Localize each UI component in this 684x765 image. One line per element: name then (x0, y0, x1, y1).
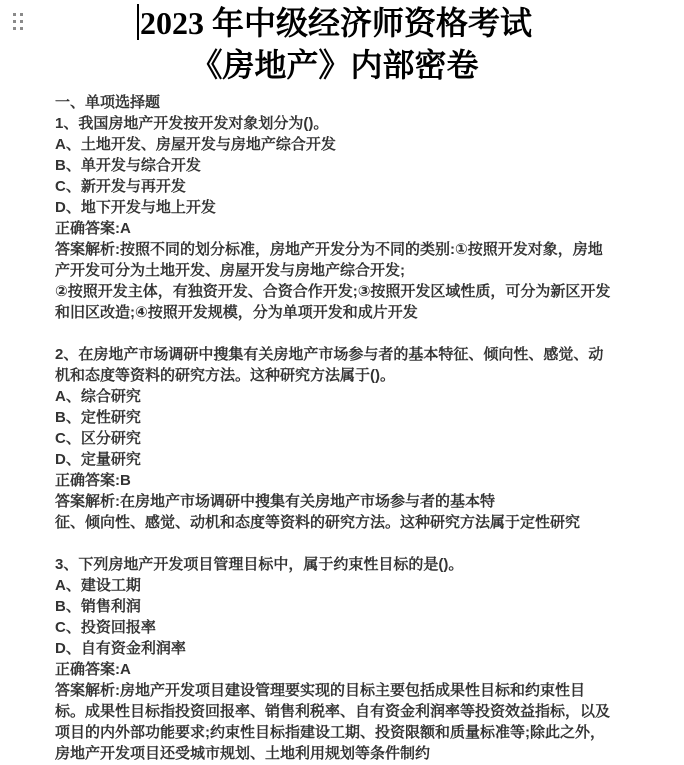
drag-handle-dot (20, 13, 23, 16)
question-3-option-b[interactable]: B、销售利润 (55, 596, 614, 617)
document-page: 2023 年中级经济师资格考试 《房地产》内部密卷 一、单项选择题 1、我国房地… (0, 0, 684, 765)
question-3-answer[interactable]: 正确答案:A (55, 659, 614, 680)
question-2-analysis[interactable]: 征、倾向性、感觉、动机和态度等资料的研究方法。这种研究方法属于定性研究 (55, 512, 614, 533)
question-2-option-a[interactable]: A、综合研究 (55, 386, 614, 407)
question-1-analysis[interactable]: 答案解析:按照不同的划分标准，房地产开发分为不同的类别:①按照开发对象，房地产开… (55, 239, 614, 281)
question-1-option-a[interactable]: A、土地开发、房屋开发与房地产综合开发 (55, 134, 614, 155)
question-2-option-c[interactable]: C、区分研究 (55, 428, 614, 449)
title-line-2: 《房地产》内部密卷 (55, 44, 614, 86)
question-1-analysis[interactable]: ②按照开发主体，有独资开发、合资合作开发;③按照开发区域性质，可分为新区开发和旧… (55, 281, 614, 323)
title-line-1: 2023 年中级经济师资格考试 (140, 5, 532, 41)
drag-handle-icon[interactable] (13, 13, 23, 30)
question-block-3: 3、下列房地产开发项目管理目标中，属于约束性目标的是()。 A、建设工期 B、销… (55, 554, 614, 764)
question-block-2: 2、在房地产市场调研中搜集有关房地产市场参与者的基本特征、倾向性、感觉、动机和态… (55, 344, 614, 533)
question-1-option-d[interactable]: D、地下开发与地上开发 (55, 197, 614, 218)
question-1-option-c[interactable]: C、新开发与再开发 (55, 176, 614, 197)
question-3-analysis[interactable]: 答案解析:房地产开发项目建设管理要实现的目标主要包括成果性目标和约束性目标。成果… (55, 680, 614, 764)
question-1-answer[interactable]: 正确答案:A (55, 218, 614, 239)
section-heading[interactable]: 一、单项选择题 (55, 92, 614, 113)
blank-line (55, 323, 614, 344)
blank-line (55, 533, 614, 554)
question-3-stem[interactable]: 3、下列房地产开发项目管理目标中，属于约束性目标的是()。 (55, 554, 614, 575)
title-line-1-wrap: 2023 年中级经济师资格考试 (55, 2, 614, 44)
question-3-option-d[interactable]: D、自有资金利润率 (55, 638, 614, 659)
question-3-option-a[interactable]: A、建设工期 (55, 575, 614, 596)
question-2-analysis[interactable]: 答案解析:在房地产市场调研中搜集有关房地产市场参与者的基本特 (55, 491, 614, 512)
drag-handle-dot (20, 27, 23, 30)
question-2-option-b[interactable]: B、定性研究 (55, 407, 614, 428)
drag-handle-dot (20, 20, 23, 23)
drag-handle-dot (13, 13, 16, 16)
question-2-stem[interactable]: 2、在房地产市场调研中搜集有关房地产市场参与者的基本特征、倾向性、感觉、动机和态… (55, 344, 614, 386)
question-2-answer[interactable]: 正确答案:B (55, 470, 614, 491)
drag-handle-dot (13, 20, 16, 23)
text-cursor (137, 4, 139, 40)
drag-handle-dot (13, 27, 16, 30)
question-1-option-b[interactable]: B、单开发与综合开发 (55, 155, 614, 176)
question-block-1: 1、我国房地产开发按开发对象划分为()。 A、土地开发、房屋开发与房地产综合开发… (55, 113, 614, 323)
document-title[interactable]: 2023 年中级经济师资格考试 《房地产》内部密卷 (55, 2, 614, 86)
question-3-option-c[interactable]: C、投资回报率 (55, 617, 614, 638)
document-content[interactable]: 2023 年中级经济师资格考试 《房地产》内部密卷 一、单项选择题 1、我国房地… (0, 0, 684, 764)
question-1-stem[interactable]: 1、我国房地产开发按开发对象划分为()。 (55, 113, 614, 134)
question-2-option-d[interactable]: D、定量研究 (55, 449, 614, 470)
